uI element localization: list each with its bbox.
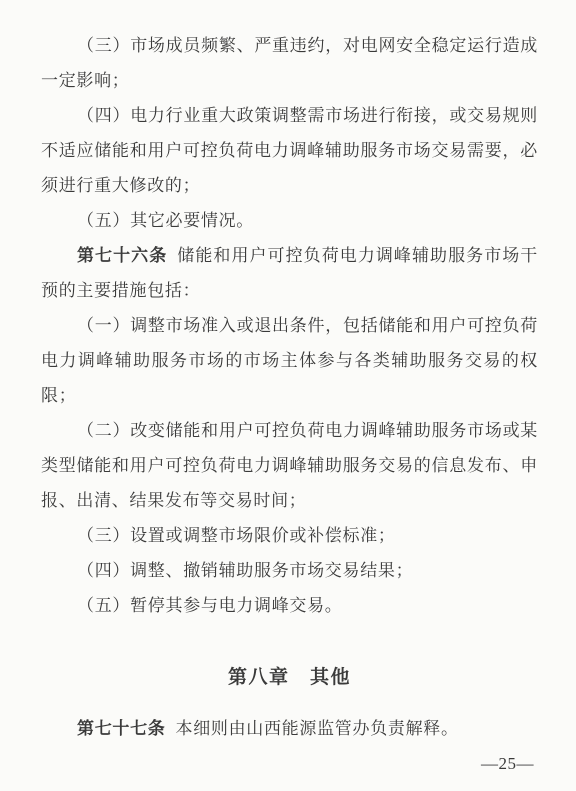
page-number: —25— [481,754,534,774]
paragraph-text: （四）调整、撤销辅助服务市场交易结果； [77,561,413,580]
paragraph: （三）市场成员频繁、严重违约，对电网安全稳定运行造成一定影响； [41,28,538,98]
article-number: 第七十六条 [77,246,167,265]
paragraph-text: （三）设置或调整市场限价或补偿标准； [77,526,396,545]
document-body: （三）市场成员频繁、严重违约，对电网安全稳定运行造成一定影响； （四）电力行业重… [41,28,538,746]
paragraph-text: （五）暂停其参与电力调峰交易。 [77,596,343,615]
paragraph-text: （二）改变储能和用户可控负荷电力调峰辅助服务市场或某类型储能和用户可控负荷电力调… [41,421,538,510]
paragraph-text: （三）市场成员频繁、严重违约，对电网安全稳定运行造成一定影响； [41,36,538,90]
paragraph: （四）调整、撤销辅助服务市场交易结果； [41,553,538,588]
paragraph-text: （一）调整市场准入或退出条件，包括储能和用户可控负荷电力调峰辅助服务市场的市场主… [41,316,538,405]
paragraph: （二）改变储能和用户可控负荷电力调峰辅助服务市场或某类型储能和用户可控负荷电力调… [41,413,538,518]
paragraph: （四）电力行业重大政策调整需市场进行衔接，或交易规则不适应储能和用户可控负荷电力… [41,98,538,203]
paragraph-text: （四）电力行业重大政策调整需市场进行衔接，或交易规则不适应储能和用户可控负荷电力… [41,106,538,195]
paragraph: （五）其它必要情况。 [41,203,538,238]
paragraph: 第七十六条储能和用户可控负荷电力调峰辅助服务市场干预的主要措施包括： [41,238,538,308]
paragraph: （三）设置或调整市场限价或补偿标准； [41,518,538,553]
paragraph: （五）暂停其参与电力调峰交易。 [41,588,538,623]
chapter-heading: 第八章 其他 [41,660,538,695]
paragraph: （一）调整市场准入或退出条件，包括储能和用户可控负荷电力调峰辅助服务市场的市场主… [41,308,538,413]
document-page: （三）市场成员频繁、严重违约，对电网安全稳定运行造成一定影响； （四）电力行业重… [0,0,576,791]
article-number: 第七十七条 [77,719,166,738]
paragraph-text: 本细则由山西能源监管办负责解释。 [176,719,459,738]
paragraph-text: （五）其它必要情况。 [77,211,254,230]
paragraph: 第七十七条本细则由山西能源监管办负责解释。 [41,711,538,746]
